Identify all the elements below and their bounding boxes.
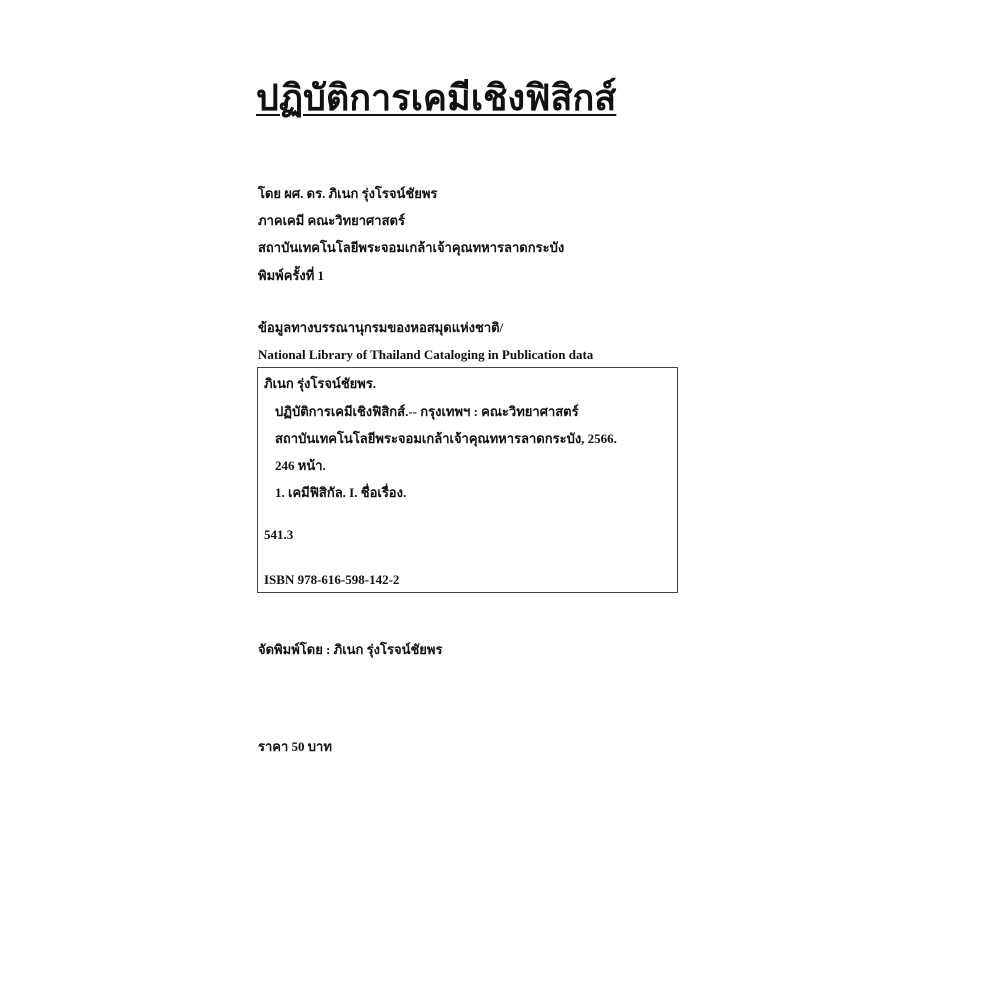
cip-author: ภิเนก รุ่งโรจน์ชัยพร. [264, 376, 376, 392]
edition-line: พิมพ์ครั้งที่ 1 [258, 268, 324, 284]
cip-publisher: สถาบันเทคโนโลยีพระจอมเกล้าเจ้าคุณทหารลาด… [275, 431, 617, 447]
cip-isbn: ISBN 978-616-598-142-2 [264, 572, 399, 588]
cip-subjects: 1. เคมีฟิสิกัล. I. ชื่อเรื่อง. [275, 485, 406, 501]
printed-by: จัดพิมพ์โดย : ภิเนก รุ่งโรจน์ชัยพร [258, 642, 442, 658]
cip-record-box: ภิเนก รุ่งโรจน์ชัยพร. ปฏิบัติการเคมีเชิง… [257, 367, 678, 593]
cip-heading-thai: ข้อมูลทางบรรณานุกรมของหอสมุดแห่งชาติ/ [258, 320, 503, 336]
price: ราคา 50 บาท [258, 739, 332, 755]
department-line: ภาคเคมี คณะวิทยาศาสตร์ [258, 213, 405, 229]
cip-pages: 246 หน้า. [275, 458, 326, 474]
cip-title: ปฏิบัติการเคมีเชิงฟิสิกส์.-- กรุงเทพฯ : … [275, 404, 579, 420]
document-title: ปฏิบัติการเคมีเชิงฟิสิกส์ [256, 76, 616, 120]
cip-class-number: 541.3 [264, 527, 293, 543]
cip-heading-english: National Library of Thailand Cataloging … [258, 347, 593, 363]
institution-line: สถาบันเทคโนโลยีพระจอมเกล้าเจ้าคุณทหารลาด… [258, 240, 564, 256]
author-line: โดย ผศ. ดร. ภิเนก รุ่งโรจน์ชัยพร [258, 186, 437, 202]
